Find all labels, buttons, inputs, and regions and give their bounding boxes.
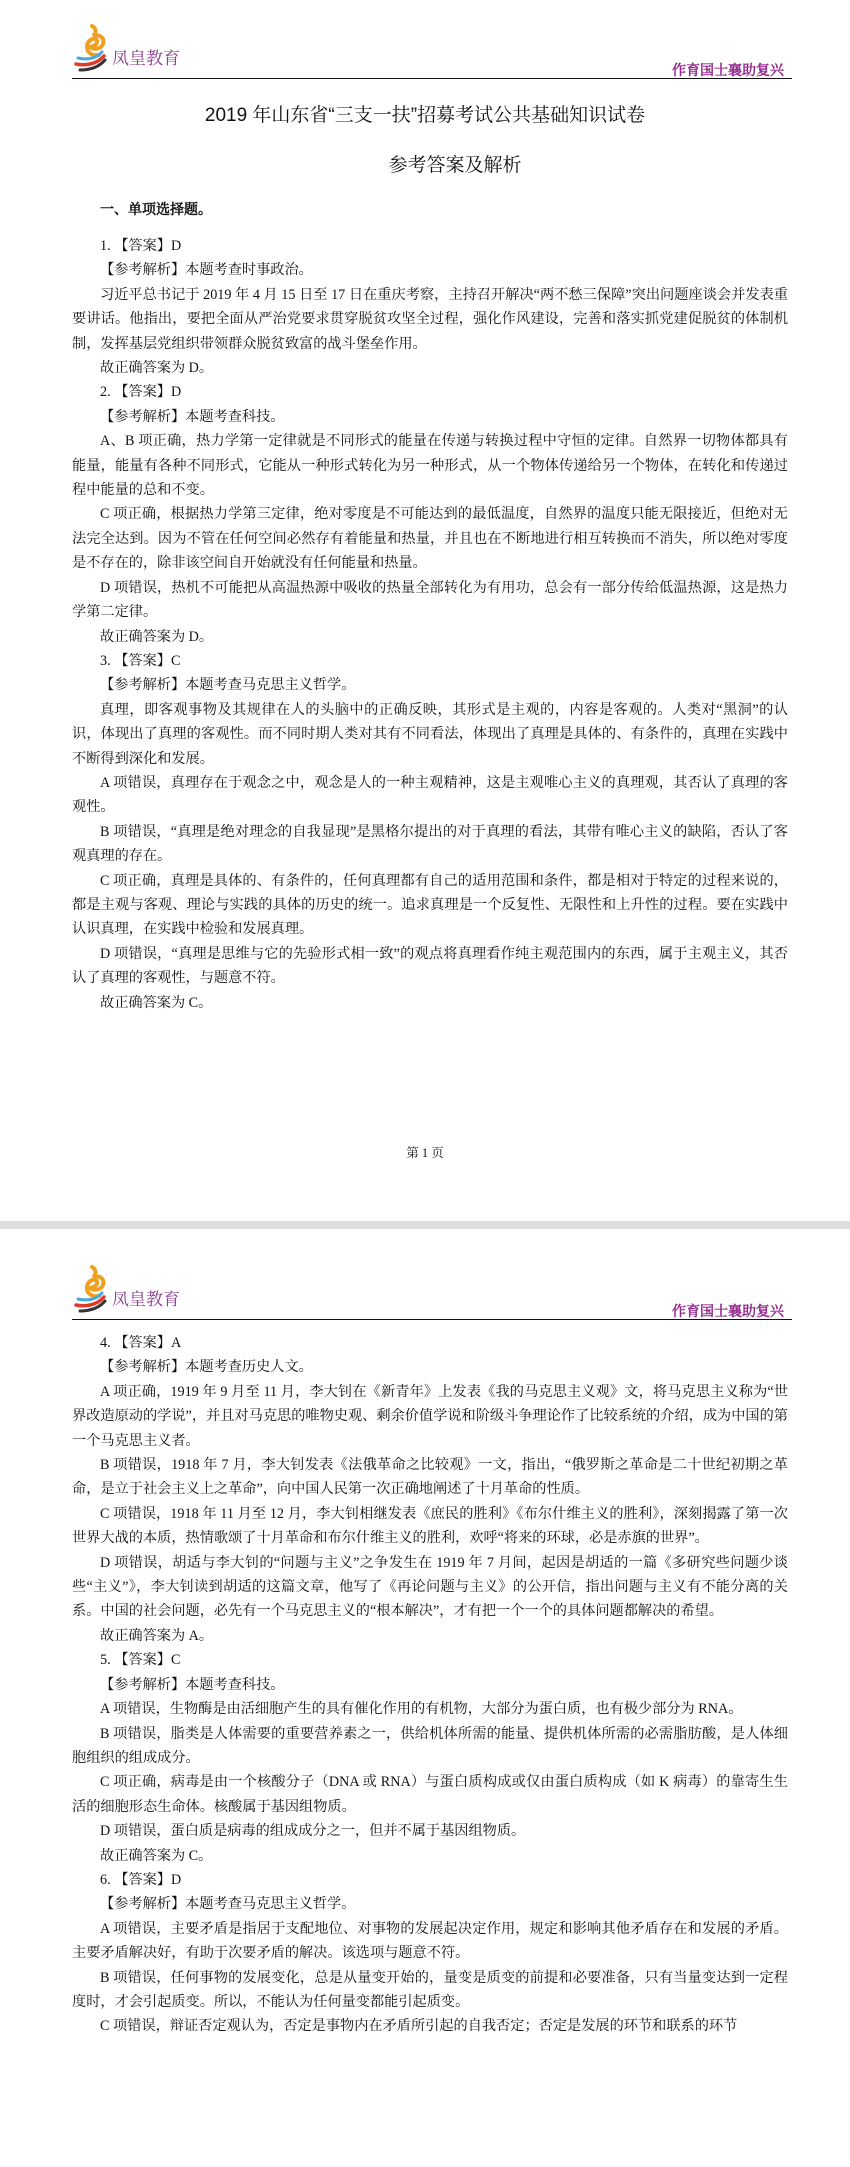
paragraph: B 项错误，任何事物的发展变化，总是从量变开始的，量变是质变的前提和必要准备，只… bbox=[72, 1966, 788, 2015]
analysis-q5: 【参考解析】本题考查科技。 bbox=[72, 1673, 788, 1697]
document-page-2: 凤皇教育 作育国士襄助复兴 4. 【答案】A 【参考解析】本题考查历史人文。 A… bbox=[0, 1229, 850, 2167]
conclusion-q1: 故正确答案为 D。 bbox=[72, 356, 788, 380]
paragraph: D 项错误，蛋白质是病毒的组成成分之一，但并不属于基因组物质。 bbox=[72, 1819, 788, 1843]
analysis-q2: 【参考解析】本题考查科技。 bbox=[72, 405, 788, 429]
brand-name: 凤皇教育 bbox=[112, 44, 180, 69]
paragraph: C 项正确，病毒是由一个核酸分子（DNA 或 RNA）与蛋白质构成或仅由蛋白质构… bbox=[72, 1770, 788, 1819]
brand-name: 凤皇教育 bbox=[112, 1285, 180, 1310]
paragraph: A 项正确，1919 年 9 月至 11 月，李大钊在《新青年》上发表《我的马克… bbox=[72, 1380, 788, 1453]
conclusion-q5: 故正确答案为 C。 bbox=[72, 1844, 788, 1868]
document-subtitle: 参考答案及解析 bbox=[0, 150, 850, 177]
paragraph: D 项错误，热机不可能把从高温热源中吸收的热量全部转化为有用功，总会有一部分传给… bbox=[72, 576, 788, 625]
answer-q4: 4. 【答案】A bbox=[72, 1331, 788, 1355]
header-rule bbox=[72, 78, 792, 79]
paragraph: B 项错误，脂类是人体需要的重要营养素之一，供给机体所需的能量、提供机体所需的必… bbox=[72, 1722, 788, 1771]
paragraph: A 项错误，生物酶是由活细胞产生的具有催化作用的有机物，大部分为蛋白质，也有极少… bbox=[72, 1697, 788, 1721]
brand-logo: 凤皇教育 bbox=[72, 1263, 192, 1315]
page-header: 凤皇教育 作育国士襄助复兴 bbox=[72, 1263, 792, 1323]
paragraph: D 项错误，胡适与李大钊的“问题与主义”之争发生在 1919 年 7 月间，起因… bbox=[72, 1551, 788, 1624]
document-title: 2019 年山东省“三支一扶”招募考试公共基础知识试卷 bbox=[0, 100, 850, 127]
brand-slogan: 作育国士襄助复兴 bbox=[672, 1301, 784, 1321]
page-number: 第 1 页 bbox=[0, 1143, 850, 1161]
page-separator bbox=[0, 1221, 850, 1229]
paragraph: A 项错误，主要矛盾是指居于支配地位、对事物的发展起决定作用，规定和影响其他矛盾… bbox=[72, 1917, 788, 1966]
conclusion-q3: 故正确答案为 C。 bbox=[72, 991, 788, 1015]
paragraph: 真理，即客观事物及其规律在人的头脑中的正确反映，其形式是主观的，内容是客观的。人… bbox=[72, 698, 788, 771]
page-1-body: 1. 【答案】D 【参考解析】本题考查时事政治。 习近平总书记于 2019 年 … bbox=[72, 234, 788, 1015]
document-page-1: 凤皇教育 作育国士襄助复兴 2019 年山东省“三支一扶”招募考试公共基础知识试… bbox=[0, 0, 850, 1221]
brand-slogan: 作育国士襄助复兴 bbox=[672, 60, 784, 80]
paragraph: A 项错误，真理存在于观念之中，观念是人的一种主观精神，这是主观唯心主义的真理观… bbox=[72, 771, 788, 820]
paragraph: D 项错误，“真理是思维与它的先验形式相一致”的观点将真理看作纯主观范围内的东西… bbox=[72, 942, 788, 991]
brand-logo: 凤皇教育 bbox=[72, 22, 192, 74]
conclusion-q4: 故正确答案为 A。 bbox=[72, 1624, 788, 1648]
paragraph: C 项错误，1918 年 11 月至 12 月，李大钊相继发表《庶民的胜利》《布… bbox=[72, 1502, 788, 1551]
paragraph: B 项错误，“真理是绝对理念的自我显现”是黑格尔提出的对于真理的看法，其带有唯心… bbox=[72, 820, 788, 869]
paragraph: A、B 项正确，热力学第一定律就是不同形式的能量在传递与转换过程中守恒的定律。自… bbox=[72, 429, 788, 502]
page-header: 凤皇教育 作育国士襄助复兴 bbox=[72, 22, 792, 82]
conclusion-q2: 故正确答案为 D。 bbox=[72, 625, 788, 649]
answer-q2: 2. 【答案】D bbox=[72, 380, 788, 404]
paragraph: C 项正确，根据热力学第三定律，绝对零度是不可能达到的最低温度，自然界的温度只能… bbox=[72, 502, 788, 575]
paragraph: C 项错误，辩证否定观认为，否定是事物内在矛盾所引起的自我否定；否定是发展的环节… bbox=[72, 2014, 788, 2038]
analysis-q1: 【参考解析】本题考查时事政治。 bbox=[72, 258, 788, 282]
answer-q1: 1. 【答案】D bbox=[72, 234, 788, 258]
header-rule bbox=[72, 1319, 792, 1320]
answer-q5: 5. 【答案】C bbox=[72, 1648, 788, 1672]
answer-q3: 3. 【答案】C bbox=[72, 649, 788, 673]
analysis-q3: 【参考解析】本题考查马克思主义哲学。 bbox=[72, 673, 788, 697]
phoenix-logo-icon bbox=[72, 22, 112, 74]
answer-q6: 6. 【答案】D bbox=[72, 1868, 788, 1892]
section-heading: 一、单项选择题。 bbox=[100, 199, 212, 219]
phoenix-logo-icon bbox=[72, 1263, 112, 1315]
paragraph: B 项错误，1918 年 7 月，李大钊发表《法俄革命之比较观》一文，指出，“俄… bbox=[72, 1453, 788, 1502]
paragraph: C 项正确，真理是具体的、有条件的，任何真理都有自己的适用范围和条件，都是相对于… bbox=[72, 869, 788, 942]
page-2-body: 4. 【答案】A 【参考解析】本题考查历史人文。 A 项正确，1919 年 9 … bbox=[72, 1331, 788, 2039]
analysis-q4: 【参考解析】本题考查历史人文。 bbox=[72, 1355, 788, 1379]
paragraph: 习近平总书记于 2019 年 4 月 15 日至 17 日在重庆考察，主持召开解… bbox=[72, 283, 788, 356]
analysis-q6: 【参考解析】本题考查马克思主义哲学。 bbox=[72, 1892, 788, 1916]
